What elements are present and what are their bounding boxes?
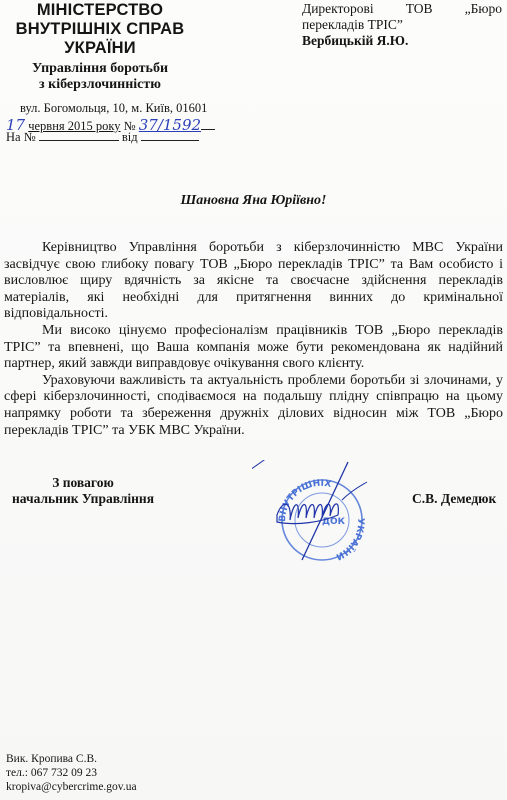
executor-email: kropiva@cybercrime.gov.ua <box>6 780 137 794</box>
letter-body: Керівництво Управління боротьби з кіберз… <box>4 240 503 439</box>
signer-name: С.В. Демедюк <box>412 491 496 507</box>
closing-block: З повагою начальник Управління <box>8 475 158 507</box>
signer-title: начальник Управління <box>8 491 158 507</box>
closing-regards: З повагою <box>8 475 158 491</box>
body-paragraph: Ураховуючи важливість та актуальність пр… <box>4 373 503 439</box>
department-line: Управління боротьби <box>0 61 200 77</box>
ref-label: На № <box>6 130 36 144</box>
svg-text:ДОК: ДОК <box>322 517 346 527</box>
addressee-word: Директорові <box>302 1 374 17</box>
executor-contacts: Вик. Кропива С.В. тел.: 067 732 09 23 kr… <box>6 752 137 794</box>
ref-date-blank <box>141 130 199 141</box>
ref-number-blank <box>39 130 119 141</box>
department-line: з кіберзлочинністю <box>0 77 200 93</box>
reference-line: На № від <box>6 130 199 145</box>
number-blank <box>201 119 215 130</box>
addressee-word: ТОВ <box>406 1 433 17</box>
letterhead: МІНІСТЕРСТВО ВНУТРІШНІХ СПРАВ УКРАЇНИ Уп… <box>0 0 200 93</box>
official-stamp-icon: ВНУТРІШНІХ УКРАЇНИ ДОК <box>252 460 382 580</box>
ministry-line: ВНУТРІШНІХ СПРАВ <box>0 20 200 39</box>
executor-phone: тел.: 067 732 09 23 <box>6 766 137 780</box>
addressee-line2: перекладів ТРІС” <box>302 17 502 33</box>
addressee-word: „Бюро <box>465 1 502 17</box>
addressee-name: Вербицькій Я.Ю. <box>302 33 502 49</box>
sender-address: вул. Богомольця, 10, м. Київ, 01601 <box>20 101 207 116</box>
addressee-block: Директорові ТОВ „Бюро перекладів ТРІС” В… <box>302 1 502 49</box>
salutation: Шановна Яна Юріївно! <box>0 193 507 209</box>
ministry-line: УКРАЇНИ <box>0 39 200 58</box>
executor-name: Вик. Кропива С.В. <box>6 752 137 766</box>
ref-from-label: від <box>122 130 138 144</box>
ministry-line: МІНІСТЕРСТВО <box>0 1 200 20</box>
svg-text:ВНУТРІШНІХ: ВНУТРІШНІХ <box>278 479 332 523</box>
addressee-line1: Директорові ТОВ „Бюро <box>302 1 502 17</box>
letter-page: МІНІСТЕРСТВО ВНУТРІШНІХ СПРАВ УКРАЇНИ Уп… <box>0 0 507 800</box>
body-paragraph: Керівництво Управління боротьби з кіберз… <box>4 240 503 323</box>
department-name: Управління боротьби з кіберзлочинністю <box>0 61 200 93</box>
body-paragraph: Ми високо цінуємо професіоналізм працівн… <box>4 323 503 373</box>
ministry-name: МІНІСТЕРСТВО ВНУТРІШНІХ СПРАВ УКРАЇНИ <box>0 1 200 58</box>
